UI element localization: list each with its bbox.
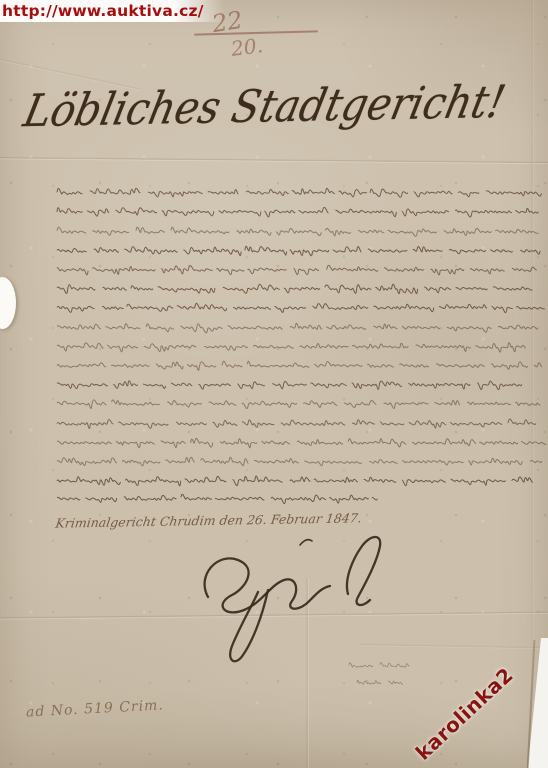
body-handwriting	[57, 188, 546, 503]
side-note-handwriting	[349, 663, 409, 685]
signature-flourish	[205, 537, 381, 661]
handwriting-layer	[0, 0, 548, 768]
scanned-letter: http://www.auktiva.cz/ karolinka2 22 20.…	[0, 0, 548, 768]
